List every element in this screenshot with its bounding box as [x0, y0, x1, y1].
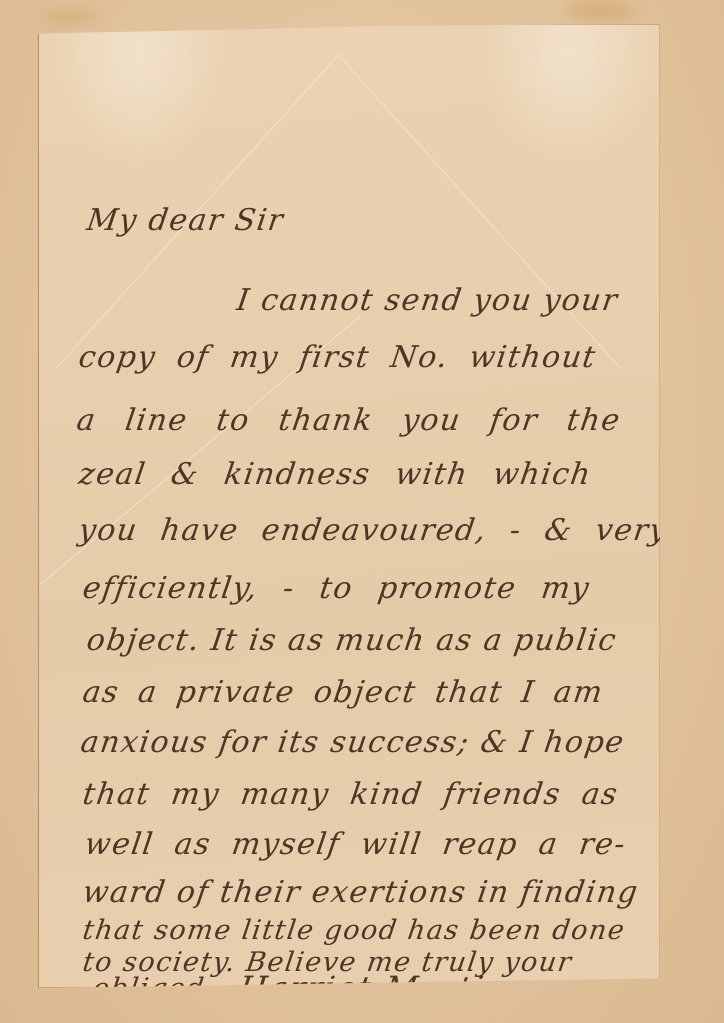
letter-line: anxious for its success; & I hope	[79, 725, 628, 760]
letter-body: My dear Sir I cannot send you your copy …	[39, 25, 659, 987]
letter-line: ward of their exertions in finding	[81, 875, 641, 910]
letter-sheet: My dear Sir I cannot send you your copy …	[38, 24, 660, 988]
mount-stain	[40, 10, 100, 24]
letter-line: that my many kind friends as	[81, 777, 621, 812]
letter-line: well as myself will reap a re-	[83, 827, 629, 862]
letter-line: copy of my first No. without	[77, 340, 599, 375]
letter-line: a line to thank you for the	[75, 403, 624, 438]
letter-line: zeal & kindness with which	[77, 457, 594, 492]
salutation: My dear Sir	[85, 203, 287, 238]
letter-line: as a private object that I am	[81, 675, 606, 710]
letter-line: I cannot send you your	[235, 283, 621, 318]
letter-line: object. It is as much as a public	[85, 623, 620, 658]
letter-line: efficiently, - to promote my	[81, 571, 593, 606]
letter-line: that some little good has been done	[81, 915, 628, 946]
letter-line: you have endeavoured, - & very	[77, 513, 671, 548]
mount-stain	[565, 2, 635, 20]
